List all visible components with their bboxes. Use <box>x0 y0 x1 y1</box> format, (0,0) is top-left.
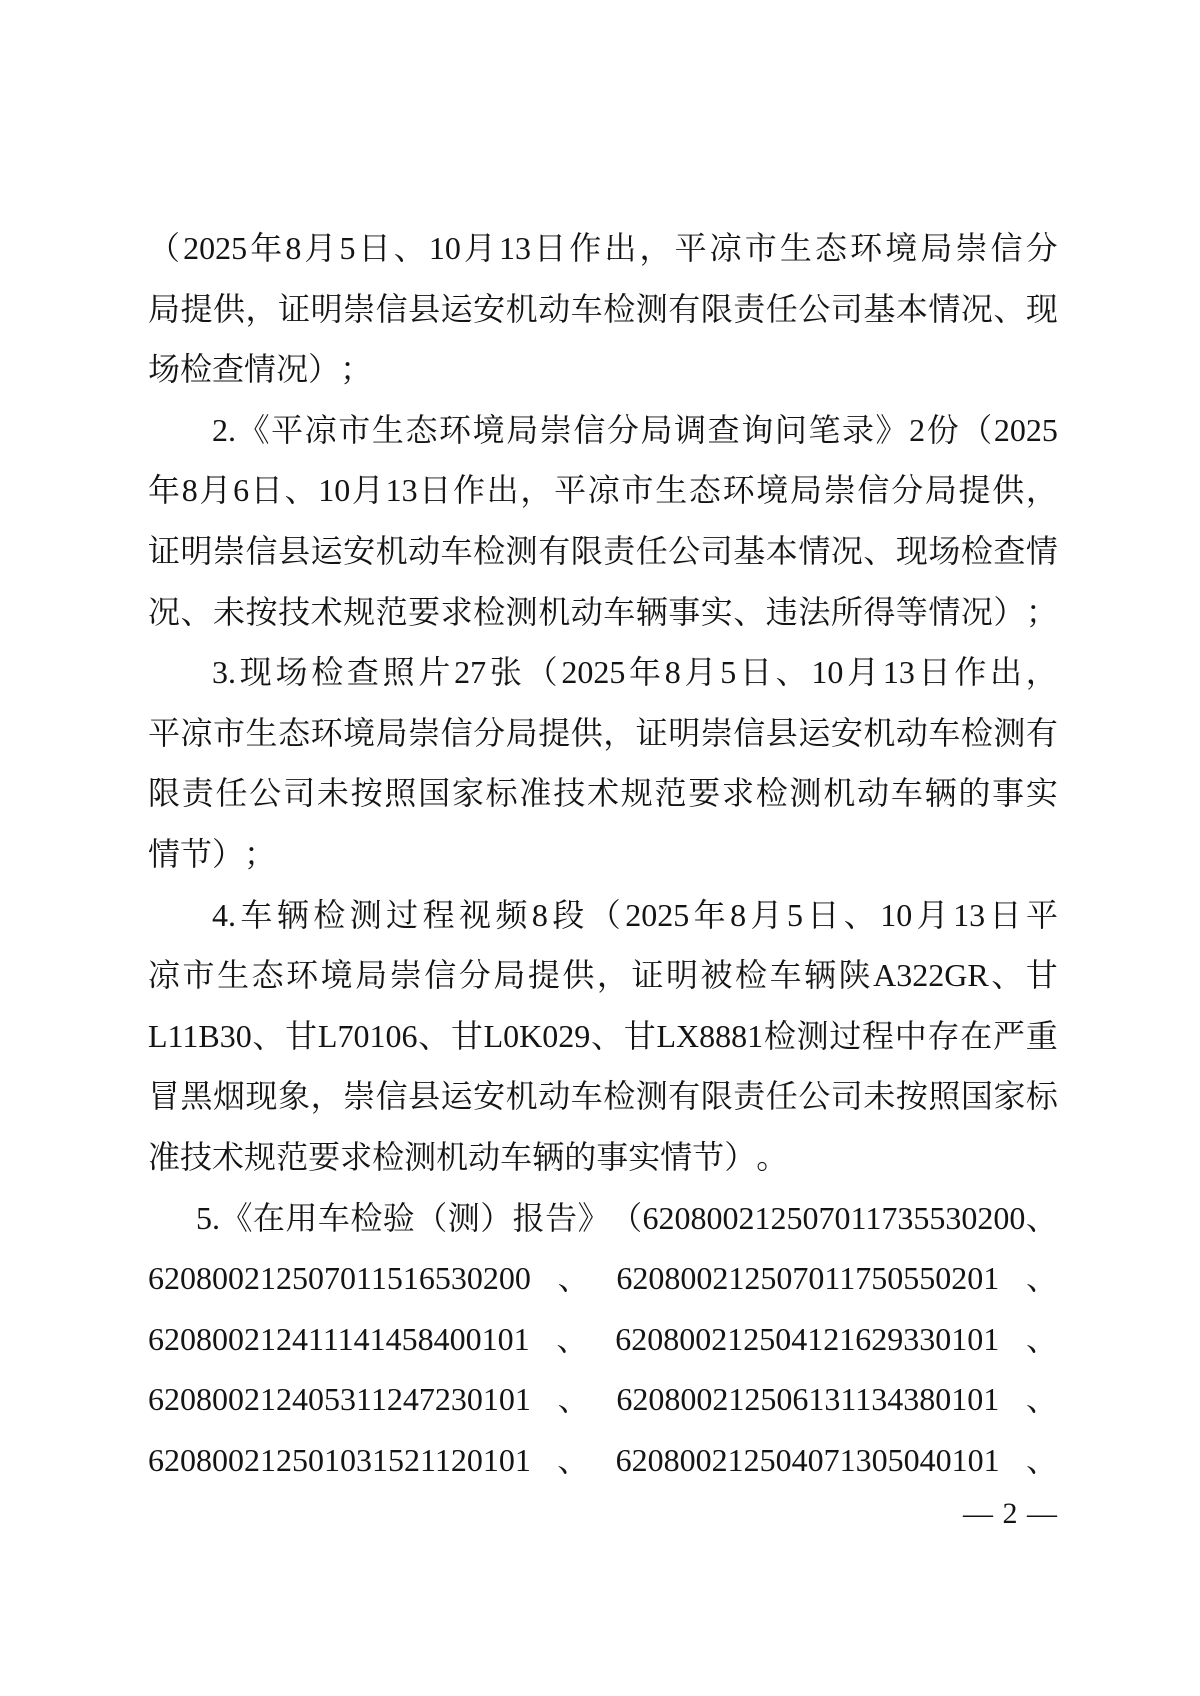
text-token: 检 <box>180 339 212 400</box>
text-token: ） <box>993 582 1025 643</box>
text-token: A322GR <box>873 945 989 1006</box>
text-token: 公 <box>798 279 830 340</box>
text-token: 国 <box>418 763 450 824</box>
text-token: 司 <box>701 521 733 582</box>
text-token: 问 <box>775 400 807 461</box>
text-token: 场 <box>275 642 307 703</box>
text-token: 2025 <box>561 642 625 703</box>
text-token: 信 <box>441 703 473 764</box>
text-token: 事 <box>992 763 1024 824</box>
text-token: 生 <box>217 945 249 1006</box>
text-token: 甘 <box>285 1006 317 1067</box>
text-token: 5 <box>787 885 803 946</box>
text-token: ） <box>212 824 244 885</box>
text-token: 分 <box>891 460 923 521</box>
text-token: 崇 <box>701 703 733 764</box>
text-token: 检 <box>764 1006 796 1067</box>
text-token: 任 <box>766 279 798 340</box>
text-token: 责 <box>733 1066 765 1127</box>
text-token: 供 <box>562 945 594 1006</box>
text-token: 照 <box>928 1066 960 1127</box>
text-token: 在 <box>253 1188 285 1249</box>
text-token: 态 <box>405 400 437 461</box>
text-token: 5 <box>340 218 356 279</box>
text-token: 证 <box>148 521 180 582</box>
text-token: 8 <box>730 885 746 946</box>
text-token: 崇 <box>540 400 572 461</box>
text-token: 本 <box>896 279 928 340</box>
text-token: 况 <box>961 279 993 340</box>
text-token: 月 <box>847 642 879 703</box>
text-token: 所 <box>831 582 863 643</box>
text-token: 范 <box>276 1127 308 1188</box>
text-token: 凉 <box>181 703 213 764</box>
text-token: 明 <box>311 279 343 340</box>
text-token: 620800212411141458400101 <box>148 1309 530 1370</box>
text-token: 提 <box>959 460 991 521</box>
text-token: 辆 <box>804 945 836 1006</box>
text-token: 态 <box>278 703 310 764</box>
text-line: 况、未按技术规范要求检测机动车辆事实、违法所得等情况）； <box>148 582 1058 643</box>
text-token: （ <box>610 1188 642 1249</box>
text-token: 事 <box>596 1127 628 1188</box>
text-token: 动 <box>857 763 889 824</box>
text-line: 年8月6日、10月13日作出，平凉市生态环境局崇信分局提供， <box>148 460 1058 521</box>
text-token: 现 <box>240 642 272 703</box>
text-token: 信 <box>376 279 408 340</box>
text-token: ， <box>1026 642 1058 703</box>
text-token: 作 <box>453 460 485 521</box>
text-token: L0K029 <box>484 1006 591 1067</box>
text-token: 13 <box>499 218 531 279</box>
text-token: 境 <box>473 400 505 461</box>
text-token: 检 <box>311 642 343 703</box>
text-token: 崇 <box>408 703 440 764</box>
text-token: 查 <box>212 339 244 400</box>
text-token: 市 <box>213 703 245 764</box>
text-token: 技 <box>278 582 310 643</box>
text-token: 月 <box>352 460 384 521</box>
text-token: 责 <box>603 521 635 582</box>
text-token: 供 <box>213 279 245 340</box>
text-token: ） <box>724 1127 756 1188</box>
text-token: 局 <box>790 460 822 521</box>
text-token: 机 <box>863 703 895 764</box>
text-token: 8 <box>285 218 301 279</box>
text-line: 凉市生态环境局崇信分局提供，证明被检车辆陕A322GR、甘 <box>148 945 1058 1006</box>
text-token: 日 <box>990 885 1022 946</box>
text-token: 测 <box>404 1127 436 1188</box>
document-body: （2025年8月5日、10月13日作出，平凉市生态环境局崇信分局提供，证明崇信县… <box>148 218 1058 1490</box>
text-token: 、 <box>1026 1309 1058 1370</box>
text-token: 求 <box>340 1127 372 1188</box>
text-token: 》 <box>876 400 908 461</box>
text-token: 责 <box>182 763 214 824</box>
text-token: 机 <box>436 1127 468 1188</box>
text-token: 照 <box>383 642 415 703</box>
text-token: 技 <box>553 763 585 824</box>
text-token: 3. <box>212 642 236 703</box>
text-token: 实 <box>701 582 733 643</box>
text-token: 明 <box>666 945 698 1006</box>
text-token: 中 <box>895 1006 927 1067</box>
text-token: 准 <box>148 1127 180 1188</box>
text-line: 平凉市生态环境局崇信分局提供，证明崇信县运安机动车检测有 <box>148 703 1058 764</box>
text-token: 范 <box>654 763 686 824</box>
text-token: 日 <box>807 885 839 946</box>
text-token: 重 <box>1026 1006 1058 1067</box>
text-token: 测 <box>797 1006 829 1067</box>
text-token: 年 <box>629 642 661 703</box>
text-token: 范 <box>376 582 408 643</box>
text-token: ） <box>480 1188 512 1249</box>
text-token: 辆 <box>277 885 309 946</box>
text-token: 信 <box>991 218 1023 279</box>
text-token: 况 <box>831 521 863 582</box>
text-token: 、 <box>591 1006 623 1067</box>
text-token: 车 <box>500 1127 532 1188</box>
text-token: 准 <box>519 763 551 824</box>
text-token: 本 <box>766 521 798 582</box>
text-token: 县 <box>278 521 310 582</box>
text-token: 生 <box>372 400 404 461</box>
text-token: 凉 <box>148 945 180 1006</box>
text-token: 要 <box>308 1127 340 1188</box>
text-token: 机 <box>823 763 855 824</box>
text-token: 按 <box>351 763 383 824</box>
text-token: 明 <box>668 703 700 764</box>
text-token: 、 <box>181 582 213 643</box>
text-token: 信 <box>376 1066 408 1127</box>
text-token: 验 <box>383 1188 415 1249</box>
text-token: 公 <box>798 1066 830 1127</box>
text-token: 按 <box>896 1066 928 1127</box>
text-token: 10 <box>880 885 912 946</box>
text-token: ， <box>246 279 278 340</box>
text-token: 辆 <box>925 763 957 824</box>
text-token: 测 <box>993 703 1025 764</box>
text-token: 录 <box>842 400 874 461</box>
text-token: 620800212506131134380101 <box>616 1369 999 1430</box>
text-token: ； <box>244 824 276 885</box>
text-line: 情节）； <box>148 824 1058 885</box>
text-token: 动 <box>468 1127 500 1188</box>
text-token: 、 <box>776 642 808 703</box>
text-token: （ <box>415 1188 447 1249</box>
text-token: 月 <box>684 642 716 703</box>
text-token: 月 <box>917 885 949 946</box>
text-token: 冒 <box>148 1066 180 1127</box>
text-token: 提 <box>181 279 213 340</box>
text-token: 、 <box>1026 1188 1058 1249</box>
text-token: 2 <box>909 400 925 461</box>
text-token: 凉 <box>710 218 742 279</box>
text-token: 规 <box>244 1127 276 1188</box>
text-token: 辆 <box>532 1127 564 1188</box>
text-token: 法 <box>798 582 830 643</box>
text-token: 规 <box>621 763 653 824</box>
text-token: 检 <box>961 703 993 764</box>
text-token: 动 <box>571 582 603 643</box>
text-token: 日 <box>919 642 951 703</box>
text-token: 信 <box>246 521 278 582</box>
text-token: 检 <box>372 1127 404 1188</box>
text-token: 平 <box>148 703 180 764</box>
text-token: 节 <box>180 824 212 885</box>
text-token: 术 <box>212 1127 244 1188</box>
text-token: 检 <box>961 521 993 582</box>
text-token: 段 <box>552 885 584 946</box>
text-line: 2.《平凉市生态环境局崇信分局调查询问笔录》2份（2025 <box>148 400 1058 461</box>
text-token: 市 <box>621 460 653 521</box>
text-token: 场 <box>148 339 180 400</box>
text-token: 安 <box>831 703 863 764</box>
text-token: 车 <box>603 582 635 643</box>
text-token: （ <box>148 218 180 279</box>
text-token: 机 <box>506 1066 538 1127</box>
text-token: 陕 <box>839 945 871 1006</box>
text-token: 态 <box>815 218 847 279</box>
text-token: 运 <box>311 521 343 582</box>
text-token: 环 <box>311 703 343 764</box>
text-token: 崇 <box>390 945 422 1006</box>
text-token: 8 <box>532 885 548 946</box>
text-token: 实 <box>628 1127 660 1188</box>
text-token: 县 <box>766 703 798 764</box>
text-token: 术 <box>311 582 343 643</box>
text-token: 620800212504071305040101 <box>616 1430 1000 1491</box>
text-token: 环 <box>439 400 471 461</box>
text-token: 检 <box>350 1188 382 1249</box>
text-token: 任 <box>216 763 248 824</box>
text-token: （ <box>589 885 621 946</box>
text-token: 公 <box>668 521 700 582</box>
text-token: 照 <box>384 763 416 824</box>
text-token: 6 <box>233 460 249 521</box>
text-token: 崇 <box>343 279 375 340</box>
text-token: 用 <box>285 1188 317 1249</box>
text-token: 公 <box>249 763 281 824</box>
text-token: ， <box>1026 460 1058 521</box>
text-token: 局 <box>925 460 957 521</box>
text-token: 620800212504121629330101 <box>615 1309 999 1370</box>
text-token: 严 <box>993 1006 1025 1067</box>
text-token: 日 <box>740 642 772 703</box>
text-token: 2. <box>212 400 236 461</box>
text-token: 检 <box>603 279 635 340</box>
text-token: 烟 <box>213 1066 245 1127</box>
text-token: 有 <box>1026 703 1058 764</box>
text-token: 限 <box>701 1066 733 1127</box>
text-token: 提 <box>528 945 560 1006</box>
text-token: 实 <box>1026 763 1058 824</box>
text-token: 况 <box>276 339 308 400</box>
page-number: — 2 — <box>963 1494 1058 1534</box>
text-line: 620800212501031521120101、620800212504071… <box>148 1430 1058 1491</box>
text-token: 家 <box>993 1066 1025 1127</box>
text-token: 明 <box>181 521 213 582</box>
text-token: 任 <box>636 521 668 582</box>
text-token: 违 <box>766 582 798 643</box>
text-token: 限 <box>571 521 603 582</box>
text-token: 8 <box>182 460 198 521</box>
text-token: 620800212507011735530200 <box>643 1188 1026 1249</box>
text-token: 年 <box>148 460 180 521</box>
text-token: ； <box>340 339 372 400</box>
text-token: 事 <box>668 582 700 643</box>
text-token: 现 <box>1026 279 1058 340</box>
text-token: 证 <box>631 945 663 1006</box>
text-token: 查 <box>708 400 740 461</box>
text-token: 环 <box>723 460 755 521</box>
text-token: 凉 <box>588 460 620 521</box>
text-token: 情 <box>1026 521 1058 582</box>
text-token: 测 <box>790 763 822 824</box>
text-token: 任 <box>766 1066 798 1127</box>
text-token: 》 <box>578 1188 610 1249</box>
text-token: 频 <box>495 885 527 946</box>
text-token: 车 <box>318 1188 350 1249</box>
text-token: 术 <box>587 763 619 824</box>
text-token: 生 <box>246 703 278 764</box>
text-token: 限 <box>148 763 180 824</box>
text-token: 、 <box>993 279 1025 340</box>
text-token: 测 <box>636 279 668 340</box>
text-token: 平 <box>554 460 586 521</box>
text-token: 情 <box>928 279 960 340</box>
text-token: 国 <box>961 1066 993 1127</box>
text-token: 按 <box>246 582 278 643</box>
text-line: 局提供，证明崇信县运安机动车检测有限责任公司基本情况、现 <box>148 279 1058 340</box>
text-token: 测 <box>448 1188 480 1249</box>
text-token: 现 <box>896 521 928 582</box>
text-token: 检 <box>603 1066 635 1127</box>
text-token: 检 <box>473 582 505 643</box>
text-token: 机 <box>376 521 408 582</box>
text-token: 10 <box>429 218 461 279</box>
text-token: 甘 <box>624 1006 656 1067</box>
text-token: 车 <box>240 885 272 946</box>
text-token: 境 <box>321 945 353 1006</box>
text-token: （ <box>526 642 558 703</box>
text-token: 求 <box>441 582 473 643</box>
text-token: 笔 <box>808 400 840 461</box>
text-token: 日 <box>251 460 283 521</box>
text-token: 场 <box>928 521 960 582</box>
text-line: 冒黑烟现象，崇信县运安机动车检测有限责任公司未按照国家标 <box>148 1066 1058 1127</box>
text-token: 、 <box>733 582 765 643</box>
text-token: 作 <box>569 218 601 279</box>
text-token: 、 <box>557 1430 589 1491</box>
text-token: 供 <box>992 460 1024 521</box>
text-token: 崇 <box>213 521 245 582</box>
text-token: 告 <box>545 1188 577 1249</box>
text-token: 要 <box>688 763 720 824</box>
text-token: 供 <box>571 703 603 764</box>
text-token: ， <box>311 1066 343 1127</box>
text-token: 情 <box>660 1127 692 1188</box>
text-token: 责 <box>733 279 765 340</box>
text-token: 8 <box>665 642 681 703</box>
text-token: 机 <box>506 279 538 340</box>
text-token: 市 <box>183 945 215 1006</box>
text-token: 、 <box>558 1369 590 1430</box>
text-line: 限责任公司未按照国家标准技术规范要求检测机动车辆的事实 <box>148 763 1058 824</box>
text-token: 局 <box>506 703 538 764</box>
text-token: 现 <box>246 1066 278 1127</box>
text-token: 情 <box>148 824 180 885</box>
text-token: 日 <box>419 460 451 521</box>
text-token: 甘 <box>1026 945 1058 1006</box>
text-token: 检 <box>756 763 788 824</box>
text-token: 生 <box>780 218 812 279</box>
text-token: 生 <box>655 460 687 521</box>
text-token: 限 <box>701 279 733 340</box>
text-token: （ <box>960 400 992 461</box>
text-token: 查 <box>347 642 379 703</box>
text-token: 出 <box>487 460 519 521</box>
text-token: 况 <box>961 582 993 643</box>
text-token: 报 <box>513 1188 545 1249</box>
text-token: 象 <box>278 1066 310 1127</box>
text-token: 等 <box>896 582 928 643</box>
text-token: 份 <box>927 400 959 461</box>
text-token: 13 <box>883 642 915 703</box>
text-token: 分 <box>459 945 491 1006</box>
text-token: 620800212507011516530200 <box>148 1248 531 1309</box>
text-token: 测 <box>636 1066 668 1127</box>
text-token: 局 <box>641 400 673 461</box>
text-line: 4.车辆检测过程视频8段（2025年8月5日、10月13日平 <box>148 885 1058 946</box>
text-token: 出 <box>604 218 636 279</box>
text-token: 情 <box>928 582 960 643</box>
text-token: 车 <box>571 279 603 340</box>
text-token: 分 <box>1026 218 1058 279</box>
text-token: 分 <box>473 703 505 764</box>
text-token: 提 <box>538 703 570 764</box>
text-token: 检 <box>735 945 767 1006</box>
text-token: 运 <box>441 279 473 340</box>
text-token: 张 <box>490 642 522 703</box>
text-token: 基 <box>733 521 765 582</box>
text-token: 、 <box>252 1006 284 1067</box>
text-token: LX8881 <box>656 1006 763 1067</box>
text-token: 市 <box>745 218 777 279</box>
text-token: 询 <box>741 400 773 461</box>
text-token: ， <box>639 218 671 279</box>
text-token: 2025 <box>625 885 689 946</box>
text-token: 证 <box>278 279 310 340</box>
text-token: 崇 <box>824 460 856 521</box>
text-token: 10 <box>811 642 843 703</box>
text-token: 运 <box>798 703 830 764</box>
text-line: 620800212405311247230101、620800212506131… <box>148 1369 1058 1430</box>
text-token: 查 <box>993 521 1025 582</box>
text-token: 境 <box>343 703 375 764</box>
text-token: 、 <box>844 885 876 946</box>
text-token: 局 <box>376 703 408 764</box>
text-token: 程 <box>862 1006 894 1067</box>
text-token: 日 <box>534 218 566 279</box>
text-token: 家 <box>452 763 484 824</box>
text-token: 态 <box>252 945 284 1006</box>
text-token: 2025 <box>183 218 247 279</box>
text-token: 片 <box>418 642 450 703</box>
text-token: 态 <box>689 460 721 521</box>
text-token: 凉 <box>305 400 337 461</box>
text-token: 检 <box>473 521 505 582</box>
text-token: 情 <box>798 521 830 582</box>
